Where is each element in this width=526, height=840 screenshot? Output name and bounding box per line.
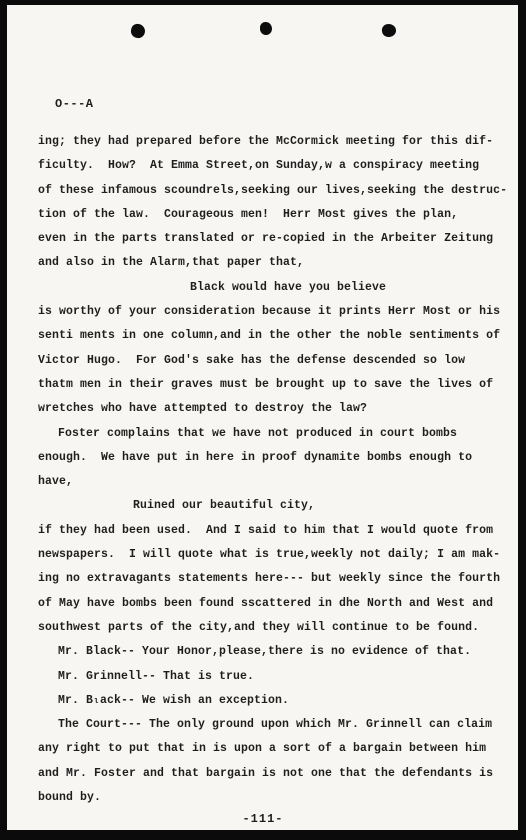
scan-border-right [518, 0, 526, 840]
punch-hole-dot [381, 23, 397, 38]
text-line: any right to put that in is upon a sort … [38, 737, 494, 761]
punch-hole-dot [130, 23, 147, 40]
text-line: Black would have you believe [190, 276, 494, 300]
text-line: Mr. Grinnell-- That is true. [58, 665, 494, 689]
text-line: Victor Hugo. For God's sake has the defe… [38, 349, 494, 373]
text-line: senti ments in one column,and in the oth… [38, 324, 494, 348]
text-line: if they had been used. And I said to him… [38, 519, 494, 543]
text-line: of these infamous scoundrels,seeking our… [38, 179, 494, 203]
text-line: thatm men in their graves must be brough… [38, 373, 494, 397]
text-line: bound by. [38, 786, 494, 810]
text-line: enough. We have put in here in proof dyn… [38, 446, 494, 470]
text-line: tion of the law. Courageous men! Herr Mo… [38, 203, 494, 227]
text-line: ing; they had prepared before the McCorm… [38, 130, 494, 154]
text-line: and also in the Alarm,that paper that, [38, 251, 494, 275]
text-line: Ruined our beautiful city, [133, 494, 494, 518]
scan-border-top [0, 0, 526, 5]
text-line: Mr. Black-- Your Honor,please,there is n… [58, 640, 494, 664]
text-line: Mr. Bₗack-- We wish an exception. [58, 689, 494, 713]
text-line: The Court--- The only ground upon which … [58, 713, 494, 737]
text-line: ficulty. How? At Emma Street,on Sunday,w… [38, 154, 494, 178]
text-line: wretches who have attempted to destroy t… [38, 397, 494, 421]
scan-border-bottom [0, 830, 526, 840]
document-body: ing; they had prepared before the McCorm… [38, 130, 494, 810]
text-line: southwest parts of the city,and they wil… [38, 616, 494, 640]
scan-border-left [0, 0, 7, 840]
header-mark: O---A [55, 97, 94, 111]
scanned-document-page: O---A ing; they had prepared before the … [0, 0, 526, 840]
text-line: is worthy of your consideration because … [38, 300, 494, 324]
text-line: Foster complains that we have not produc… [58, 422, 494, 446]
text-line: of May have bombs been found sscattered … [38, 592, 494, 616]
text-line: newspapers. I will quote what is true,we… [38, 543, 494, 567]
punch-hole-dot [260, 22, 272, 35]
text-line: have, [38, 470, 494, 494]
text-line: even in the parts translated or re-copie… [38, 227, 494, 251]
text-line: ing no extravagants statements here--- b… [38, 567, 494, 591]
text-line: and Mr. Foster and that bargain is not o… [38, 762, 494, 786]
page-number: -111- [0, 812, 526, 826]
